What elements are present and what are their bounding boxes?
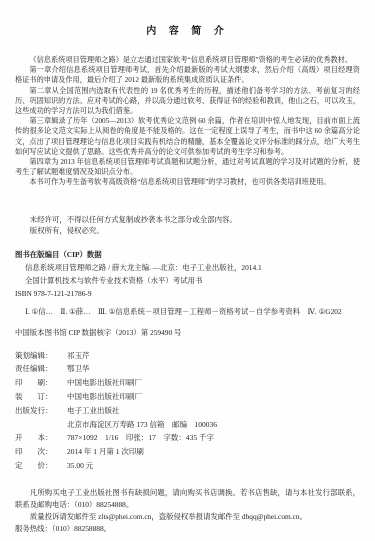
colophon-row: 策划编辑： 祁玉芹	[15, 349, 360, 363]
colophon-value: 2014 年 1 月第 1 次印刷	[67, 445, 360, 459]
cip-data-block: 图书在版编目（CIP）数据 信息系统项目管理师之路 / 薛大龙主编. —北京：电…	[15, 248, 360, 339]
colophon-label: 责任编辑：	[15, 362, 67, 376]
copyright-line: 未经许可，不得以任何方式复制或抄袭本书之部分或全部内容。	[15, 214, 360, 225]
colophon-row: 出版发行： 电子工业出版社	[15, 404, 360, 418]
colophon-row: 印 刷： 中国电影出版社印刷厂	[15, 376, 360, 390]
colophon-label: 印 次：	[15, 445, 67, 459]
colophon-label: 策划编辑：	[15, 349, 67, 363]
intro-paragraph: 第三章辑录了历年（2005—2013）软考优秀论文范例 60 余篇，作者在培训中…	[15, 116, 360, 157]
colophon-row: 北京市海淀区万寿路 173 信箱 邮编 100036	[15, 418, 360, 432]
cip-record-number: 中国版本图书馆 CIP 数据核字（2013）第 259490 号	[15, 326, 360, 339]
intro-paragraph: 第二章从全国范围内选取有代表性的 19 名优秀考生的历程，描述他们备考学习的方法…	[15, 86, 360, 117]
colophon-label	[15, 418, 67, 432]
colophon-value: 中国电影出版社印刷厂	[67, 376, 360, 390]
content-summary: 《信息系统项目管理师之路》是立志通过国家软考“信息系统项目管理师”资格的考生必读…	[15, 55, 360, 188]
colophon-label: 定 价：	[15, 459, 67, 473]
colophon: 策划编辑： 祁玉芹 责任编辑： 鄂卫华 印 刷： 中国电影出版社印刷厂 装 订：…	[15, 349, 360, 473]
footer-paragraph: 质量投诉请发邮件至 zlts@phei.com.cn，盗版侵权举报请发邮件至 d…	[15, 511, 360, 523]
colophon-label: 印 刷：	[15, 376, 67, 390]
purchase-service-notice: 凡所购买电子工业出版社图书有缺损问题，请向购买书店调换。若书店售缺，请与本社发行…	[15, 487, 360, 535]
colophon-value: 北京市海淀区万寿路 173 信箱 邮编 100036	[67, 418, 360, 432]
colophon-value: 中国电影出版社印刷厂	[67, 390, 360, 404]
colophon-value: 祁玉芹	[67, 349, 360, 363]
intro-paragraph: 第四章为 2013 年信息系统项目管理师考试真题和试题分析，通过对考试真题的学习…	[15, 157, 360, 177]
page-title: 内 容 简 介	[15, 22, 360, 37]
colophon-row: 装 订： 中国电影出版社印刷厂	[15, 390, 360, 404]
copyright-line: 版权所有，侵权必究。	[15, 225, 360, 236]
colophon-row: 责任编辑： 鄂卫华	[15, 362, 360, 376]
cip-heading: 图书在版编目（CIP）数据	[15, 248, 360, 261]
colophon-row: 开 本： 787×1092 1/16 印张：17 字数：435 千字	[15, 431, 360, 445]
colophon-value: 电子工业出版社	[67, 404, 360, 418]
cip-classification: Ⅰ. ①信… Ⅱ. ①薛… Ⅲ. ①信息系统－项目管理－工程师－资格考试－自学参…	[15, 305, 360, 318]
colophon-label: 出版发行：	[15, 404, 67, 418]
cip-isbn: ISBN 978-7-121-21786-9	[15, 287, 360, 300]
copyright-notice: 未经许可，不得以任何方式复制或抄袭本书之部分或全部内容。 版权所有，侵权必究。	[15, 214, 360, 236]
colophon-label: 装 订：	[15, 390, 67, 404]
colophon-value: 35.00 元	[67, 459, 360, 473]
intro-paragraph: 第一章介绍信息系统项目管理师考试，首先介绍最新版的考试大纲要求，然后介绍（高级）…	[15, 65, 360, 85]
colophon-row: 印 次： 2014 年 1 月第 1 次印刷	[15, 445, 360, 459]
footer-paragraph: 凡所购买电子工业出版社图书有缺损问题，请向购买书店调换。若书店售缺，请与本社发行…	[15, 487, 360, 511]
colophon-value: 鄂卫华	[67, 362, 360, 376]
footer-paragraph: 服务热线：（010）88258888。	[15, 523, 360, 535]
colophon-value: 787×1092 1/16 印张：17 字数：435 千字	[67, 431, 360, 445]
cip-series-line: 全国计算机技术与软件专业技术资格（水平）考试用书	[15, 274, 360, 287]
intro-paragraph: 《信息系统项目管理师之路》是立志通过国家软考“信息系统项目管理师”资格的考生必读…	[15, 55, 360, 65]
book-copyright-page: 内 容 简 介 《信息系统项目管理师之路》是立志通过国家软考“信息系统项目管理师…	[0, 0, 375, 541]
colophon-label: 开 本：	[15, 431, 67, 445]
intro-paragraph: 本书可作为考生备考软考高级资格“信息系统项目管理师”的学习教材，也可供各类培训班…	[15, 177, 360, 187]
cip-book-line: 信息系统项目管理师之路 / 薛大龙主编. —北京：电子工业出版社，2014.1	[15, 261, 360, 274]
colophon-row: 定 价： 35.00 元	[15, 459, 360, 473]
